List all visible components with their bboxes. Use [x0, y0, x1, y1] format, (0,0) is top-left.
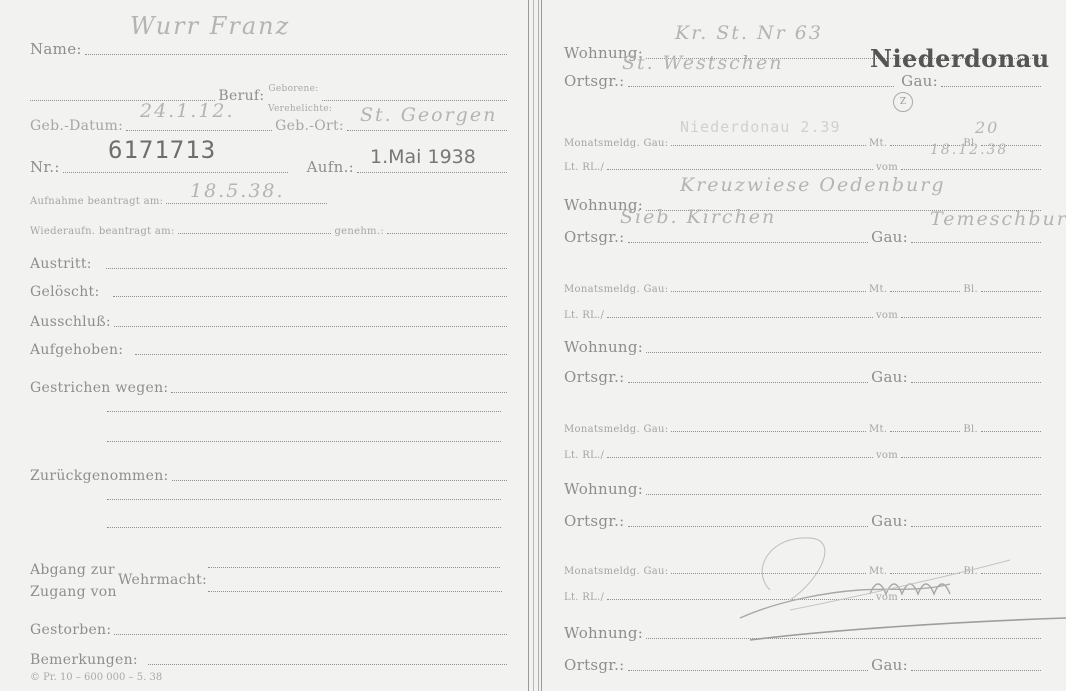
monatsmeldg-label: Monatsmeldg. Gau: [564, 424, 668, 435]
lt-rl-row-4: Lt. RL./ vom [564, 450, 1044, 461]
aufnahme-beantragt-row: Aufnahme beantragt am: [30, 196, 330, 207]
ortsgr-value: St. Westschen [622, 52, 783, 74]
faint-stamp: Niederdonau 2.39 [680, 118, 841, 136]
gestrichen-line-2 [107, 410, 501, 412]
monatsmeldg-label: Monatsmeldg. Gau: [564, 284, 668, 295]
wehrmacht-label: Wehrmacht: [118, 572, 207, 588]
card-left-page: Name: Wurr Franz Beruf: Geborene: . Vere… [0, 0, 530, 691]
ortsgr-row-1: Ortsgr.: Gau: [564, 72, 1044, 90]
geb-datum-value: 24.1.12. [140, 100, 235, 122]
geb-datum-line [126, 129, 272, 131]
aufnahme-beantragt-value: 18.5.38. [190, 180, 285, 202]
bemerkungen-row: Bemerkungen: [30, 652, 510, 668]
vom-label: vom [876, 162, 898, 173]
ortsgr-line [628, 525, 869, 527]
aufgehoben-row: Aufgehoben: [30, 342, 510, 358]
mt-label: Mt. [869, 424, 887, 435]
wohnung-label: Wohnung: [564, 624, 643, 642]
ortsgr-label: Ortsgr.: [564, 228, 625, 246]
gau-stamp: Niederdonau [870, 44, 1050, 73]
gau-label: Gau: [871, 512, 908, 530]
gestrichen-line-3 [107, 440, 501, 442]
bemerkungen-label: Bemerkungen: [30, 652, 138, 668]
name-row: Name: [30, 40, 510, 58]
bemerkungen-line [148, 663, 507, 665]
gau-label: Gau: [871, 368, 908, 386]
ausschluss-line [114, 325, 507, 327]
ortsgr-row-4: Ortsgr.: Gau: [564, 512, 1044, 530]
wohnung-line [646, 493, 1041, 495]
monatsmeldg-row-3: Monatsmeldg. Gau: Mt. Bl. [564, 284, 1044, 295]
lt-rl-label: Lt. RL./ [564, 310, 604, 321]
gau-label: Gau: [901, 72, 938, 90]
ortsgr-row-2: Ortsgr.: Gau: [564, 228, 1044, 246]
austritt-label: Austritt: [30, 256, 92, 272]
ortsgr-line [628, 669, 869, 671]
wohnung-value: Kr. St. Nr 63 [675, 22, 823, 44]
gestorben-label: Gestorben: [30, 622, 111, 638]
abgang-line [208, 566, 500, 568]
lt-rl-row-2: Lt. RL./ vom [564, 162, 1044, 173]
aufn-value: 1.Mai 1938 [370, 146, 476, 168]
bl-value: 20 [975, 118, 999, 137]
aufn-label: Aufn.: [307, 158, 354, 176]
wiederaufn-row: Wiederaufn. beantragt am: genehm.: [30, 226, 510, 237]
gau-line [911, 381, 1041, 383]
gau-label: Gau: [871, 656, 908, 674]
lt-rl-label: Lt. RL./ [564, 450, 604, 461]
geb-ort-label: Geb.-Ort: [275, 118, 344, 134]
ausschluss-row: Ausschluß: [30, 314, 510, 330]
lt-rl-label: Lt. RL./ [564, 162, 604, 173]
print-code: © Pr. 10 – 600 000 – 5. 38 [30, 672, 162, 683]
ortsgr-label: Ortsgr.: [564, 72, 625, 90]
gestrichen-label: Gestrichen wegen: [30, 380, 168, 396]
austritt-row: Austritt: [30, 256, 510, 272]
mt-label: Mt. [869, 284, 887, 295]
gestrichen-line-1 [171, 391, 507, 393]
gestrichen-row: Gestrichen wegen: [30, 380, 510, 396]
aufn-line [357, 171, 507, 173]
wohnung-value: Kreuzwiese Oedenburg [680, 174, 946, 196]
wohnung-label: Wohnung: [564, 338, 643, 356]
ortsgr-row-5: Ortsgr.: Gau: [564, 656, 1044, 674]
card-right-page: Wohnung: Kr. St. Nr 63 Ortsgr.: Gau: St.… [540, 0, 1066, 691]
genehm-label: genehm.: [334, 226, 384, 237]
vom-line [901, 456, 1041, 458]
geloescht-row: Gelöscht: [30, 284, 510, 300]
bl-line [981, 430, 1041, 432]
aufgehoben-line [135, 353, 507, 355]
aufgehoben-label: Aufgehoben: [30, 342, 123, 358]
austritt-line [106, 267, 507, 269]
monatsmeldg-label: Monatsmeldg. Gau: [564, 566, 668, 577]
wiederaufn-label: Wiederaufn. beantragt am: [30, 226, 175, 237]
zurueckgenommen-line-2 [107, 498, 501, 500]
lt-rl-line [607, 456, 873, 458]
gau-line [911, 669, 1041, 671]
bl-label: Bl. [963, 284, 978, 295]
nr-label: Nr.: [30, 158, 60, 176]
wiederaufn-line [178, 232, 332, 234]
vom-line [901, 168, 1041, 170]
beruf-row: Beruf: Geborene: . [30, 84, 510, 104]
zurueckgenommen-label: Zurückgenommen: [30, 468, 169, 484]
zugang-label: Zugang von [30, 584, 117, 600]
ortsgr-row-3: Ortsgr.: Gau: [564, 368, 1044, 386]
name-value: Wurr Franz [130, 12, 290, 40]
vom-value: 18.12.38 [930, 142, 1008, 158]
lt-rl-line [607, 316, 873, 318]
name-label: Name: [30, 40, 82, 58]
geb-ort-value: St. Georgen [360, 104, 497, 126]
zurueckgenommen-line-1 [172, 479, 507, 481]
ortsgr-line [628, 85, 895, 87]
ortsgr-label: Ortsgr.: [564, 368, 625, 386]
bl-line [981, 290, 1041, 292]
ortsgr-line [628, 381, 869, 383]
mt-line [890, 290, 960, 292]
zugang-line [208, 590, 502, 592]
ortsgr-label: Ortsgr.: [564, 656, 625, 674]
gau-label: Gau: [871, 228, 908, 246]
gestorben-line [114, 633, 507, 635]
nr-line [63, 171, 288, 173]
aufnahme-beantragt-line [166, 202, 327, 204]
mt-label: Mt. [869, 138, 887, 149]
lt-rl-line [607, 168, 873, 170]
mt-line [890, 430, 960, 432]
monatsmeldg-line [671, 144, 866, 146]
circle-mark: Z [893, 92, 913, 112]
monatsmeldg-label: Monatsmeldg. Gau: [564, 138, 668, 149]
gau-line [911, 525, 1041, 527]
gestorben-row: Gestorben: [30, 622, 510, 638]
wohnung-label: Wohnung: [564, 480, 643, 498]
ausschluss-label: Ausschluß: [30, 314, 111, 330]
monatsmeldg-line [671, 290, 866, 292]
monatsmeldg-line [671, 430, 866, 432]
vom-line [901, 316, 1041, 318]
zurueckgenommen-line-3 [107, 526, 501, 528]
genehm-line [387, 232, 507, 234]
aufnahme-beantragt-label: Aufnahme beantragt am: [30, 196, 163, 207]
verehelichte-label: Verehelichte: [268, 104, 332, 114]
gau-line [911, 241, 1041, 243]
ortsgr-line [628, 241, 869, 243]
ortsgr-label: Ortsgr.: [564, 512, 625, 530]
ortsgr-value: Sieb. Kirchen [620, 206, 776, 228]
wohnung-row-3: Wohnung: [564, 338, 1044, 356]
bl-label: Bl. [963, 424, 978, 435]
geborene-line [322, 99, 507, 101]
geb-datum-label: Geb.-Datum: [30, 118, 123, 134]
wohnung-row-4: Wohnung: [564, 480, 1044, 498]
signature-mark [710, 530, 1066, 650]
gau-line [941, 85, 1041, 87]
vom-label: vom [876, 450, 898, 461]
zurueckgenommen-row: Zurückgenommen: [30, 468, 510, 484]
geborene-verehelichte-label: Geborene: . [268, 84, 318, 104]
vom-label: vom [876, 310, 898, 321]
monatsmeldg-row-4: Monatsmeldg. Gau: Mt. Bl. [564, 424, 1044, 435]
wohnung-line [646, 351, 1041, 353]
geloescht-label: Gelöscht: [30, 284, 99, 300]
nr-value: 6171713 [108, 136, 216, 164]
gau-value: Temeschburg [930, 208, 1066, 230]
geb-ort-line [347, 129, 507, 131]
abgang-label: Abgang zur [30, 562, 115, 578]
lt-rl-row-3: Lt. RL./ vom [564, 310, 1044, 321]
lt-rl-label: Lt. RL./ [564, 592, 604, 603]
geloescht-line [113, 295, 507, 297]
name-line [85, 53, 507, 55]
